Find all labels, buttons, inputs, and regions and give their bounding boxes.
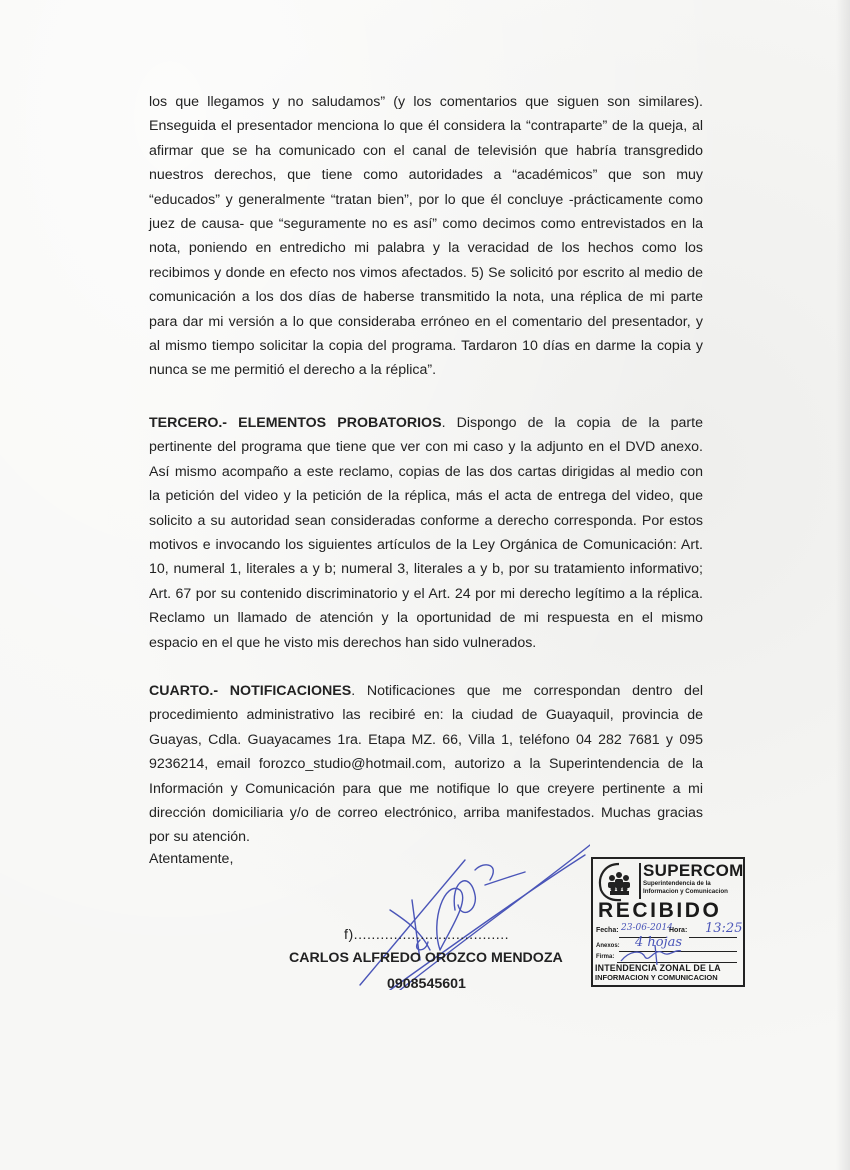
text-line: los que llegamos y no saludamos” (y los …	[149, 90, 703, 114]
text-line: nuestros derechos, que tiene como autori…	[149, 163, 703, 187]
reception-stamp: SUPERCOM Superintendencia de la Informac…	[591, 857, 745, 987]
text-line: nota, poniendo en entredicho mi palabra …	[149, 236, 703, 260]
stamp-anexos-label: Anexos:	[596, 943, 620, 949]
text-line: Art. 67 por su contenido discriminatorio…	[149, 582, 703, 606]
text-line: motivos e invocando los siguientes artíc…	[149, 533, 703, 557]
closing-salutation: Atentamente,	[149, 851, 233, 867]
stamp-status: RECIBIDO	[598, 899, 721, 923]
stamp-subtitle: Informacion y Comunicacion	[643, 888, 728, 895]
text-line: pertinente del programa que tiene que ve…	[149, 435, 703, 459]
stamp-firma-label: Firma:	[596, 954, 614, 960]
stamp-footer: INTENDENCIA ZONAL DE LA	[595, 963, 721, 973]
text-line: Reclamo un llamado de atención y la opor…	[149, 606, 703, 630]
text-line: nunca se me permitió el derecho a la rép…	[149, 358, 703, 382]
page-edge-shadow	[836, 0, 850, 1170]
signer-id-number: 0908545601	[387, 976, 466, 992]
text-line: “educados” y generalmente “tratan bien”,…	[149, 188, 703, 212]
section-first-line: CUARTO.- NOTIFICACIONES. Notificaciones …	[149, 679, 703, 703]
text-line: para dar mi versión a lo que consideraba…	[149, 310, 703, 334]
text-line: solicito a su autoridad sean considerada…	[149, 509, 703, 533]
text-line: comunicación a los dos días de haberse t…	[149, 285, 703, 309]
supercom-logo-icon	[597, 862, 637, 902]
signer-name: CARLOS ALFREDO OROZCO MENDOZA	[289, 950, 563, 966]
stamp-fecha-label: Fecha:	[596, 927, 619, 934]
text-line: Información y Comunicación para que me n…	[149, 777, 703, 801]
section-heading: TERCERO.- ELEMENTOS PROBATORIOS	[149, 415, 442, 431]
stamp-footer: INFORMACION Y COMUNICACION	[595, 973, 718, 982]
text-line: espacio en el que he visto mis derechos …	[149, 631, 703, 655]
section-heading: CUARTO.- NOTIFICACIONES	[149, 683, 351, 699]
text-line: afirmar que se ha comunicado con el cana…	[149, 139, 703, 163]
text-line: procedimiento administrativo las recibir…	[149, 703, 703, 727]
stamp-hora-label: Hora:	[669, 927, 687, 934]
stamp-hora-underline	[689, 937, 737, 938]
text-fragment: . Dispongo de la copia de la parte	[442, 415, 703, 431]
paragraph-continuation: los que llegamos y no saludamos” (y los …	[149, 90, 703, 383]
text-line: 9236214, email forozco_studio@hotmail.co…	[149, 752, 703, 776]
stamp-subtitle: Superintendencia de la	[643, 880, 711, 887]
stamp-firma-signature-icon	[619, 945, 689, 965]
stamp-brand: SUPERCOM	[643, 861, 744, 881]
stamp-divider	[639, 863, 641, 899]
stamp-hora-value: 13:25	[705, 921, 742, 936]
text-line: la petición del video y la petición de l…	[149, 484, 703, 508]
text-line: Guayas, Cdla. Guayacames 1ra. Etapa MZ. …	[149, 728, 703, 752]
stamp-fecha-value: 23-06-2014	[621, 923, 673, 933]
text-line: Así mismo acompaño a este reclamo, copia…	[149, 460, 703, 484]
text-line: recibimos y donde en efecto nos vimos af…	[149, 261, 703, 285]
section-tercero: TERCERO.- ELEMENTOS PROBATORIOS. Dispong…	[149, 411, 703, 655]
signature-line: f)...................................	[344, 927, 509, 943]
text-line: 10, numeral 1, literales a y b; numeral …	[149, 557, 703, 581]
section-first-line: TERCERO.- ELEMENTOS PROBATORIOS. Dispong…	[149, 411, 703, 435]
text-line: al mismo tiempo solicitar la copia del p…	[149, 334, 703, 358]
text-line: Enseguida el presentador menciona lo que…	[149, 114, 703, 138]
text-line: juez de causa- que “seguramente no es as…	[149, 212, 703, 236]
text-fragment: . Notificaciones que me correspondan den…	[351, 683, 703, 699]
